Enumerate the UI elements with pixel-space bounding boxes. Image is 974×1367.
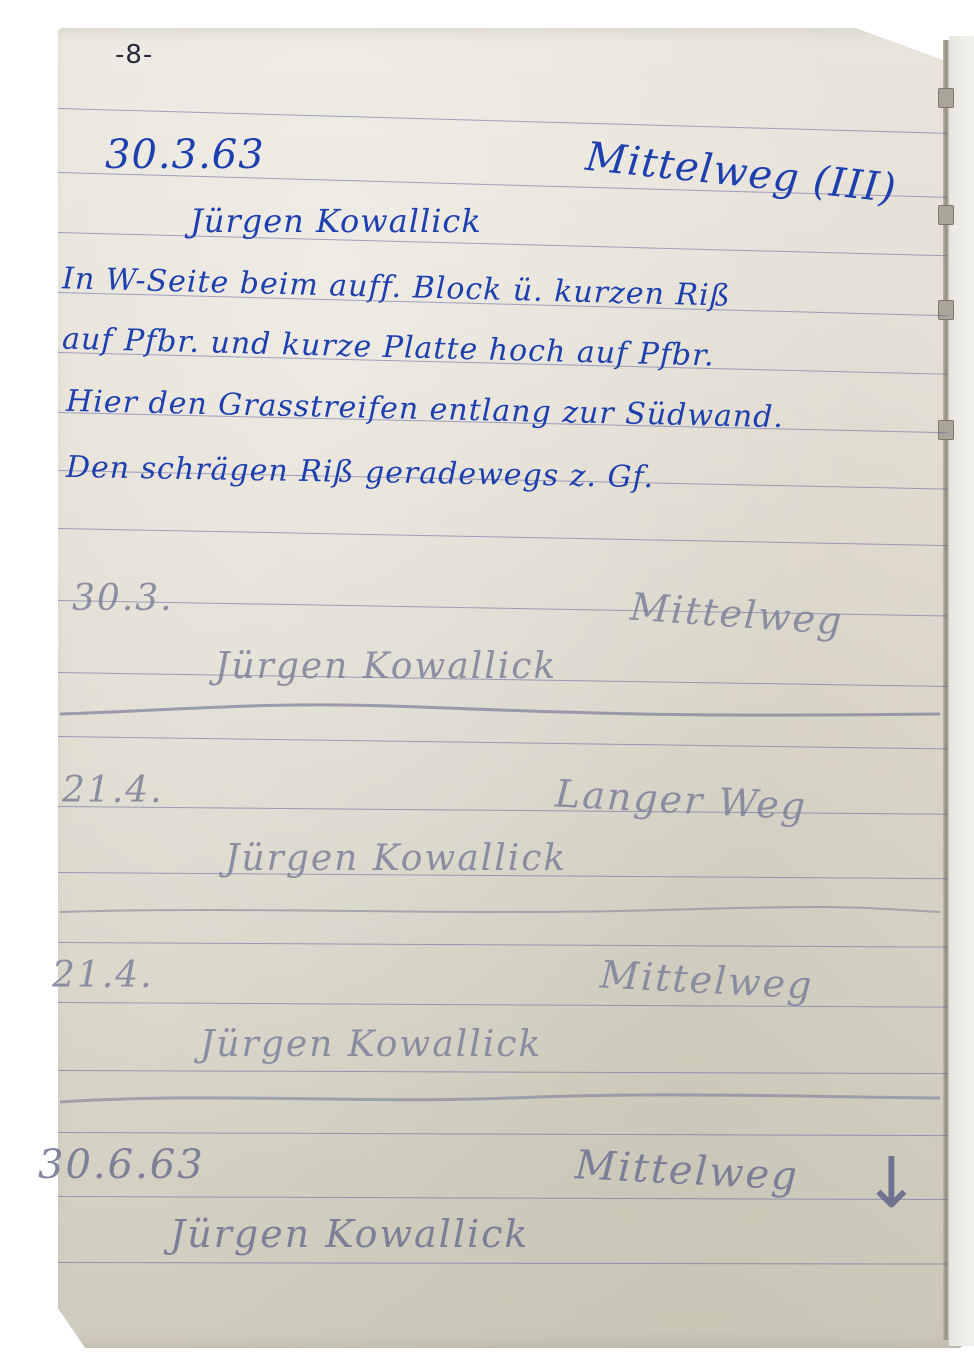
entry-climber: Jürgen Kowallick bbox=[200, 1024, 542, 1065]
binding-stitch bbox=[938, 205, 954, 225]
binding-stitch bbox=[938, 88, 954, 108]
entry-date: 30.3. bbox=[72, 578, 174, 619]
entry-date: 30.6.63 bbox=[38, 1142, 205, 1188]
entry-climber: Jürgen Kowallick bbox=[225, 838, 567, 879]
notebook-spine bbox=[943, 40, 949, 1340]
entry-separator-line bbox=[60, 1088, 940, 1108]
binding-stitch bbox=[938, 300, 954, 320]
entry-date: 21.4. bbox=[62, 770, 164, 811]
down-arrow-mark: ↓ bbox=[862, 1142, 921, 1224]
entry-climber: Jürgen Kowallick bbox=[190, 202, 482, 240]
entry-date: 30.3.63 bbox=[105, 132, 265, 178]
page-number: -8- bbox=[115, 40, 153, 70]
binding-stitch bbox=[938, 420, 954, 440]
entry-date: 21.4. bbox=[52, 955, 154, 996]
entry-climber: Jürgen Kowallick bbox=[170, 1212, 529, 1256]
entry-separator-line bbox=[60, 700, 940, 720]
notebook-photo: -8- 30.3.63 Mittelweg (III) Jürgen Kowal… bbox=[0, 0, 974, 1367]
facing-page-edge bbox=[949, 36, 974, 1346]
entry-separator-line bbox=[60, 900, 940, 920]
entry-climber: Jürgen Kowallick bbox=[215, 646, 557, 687]
